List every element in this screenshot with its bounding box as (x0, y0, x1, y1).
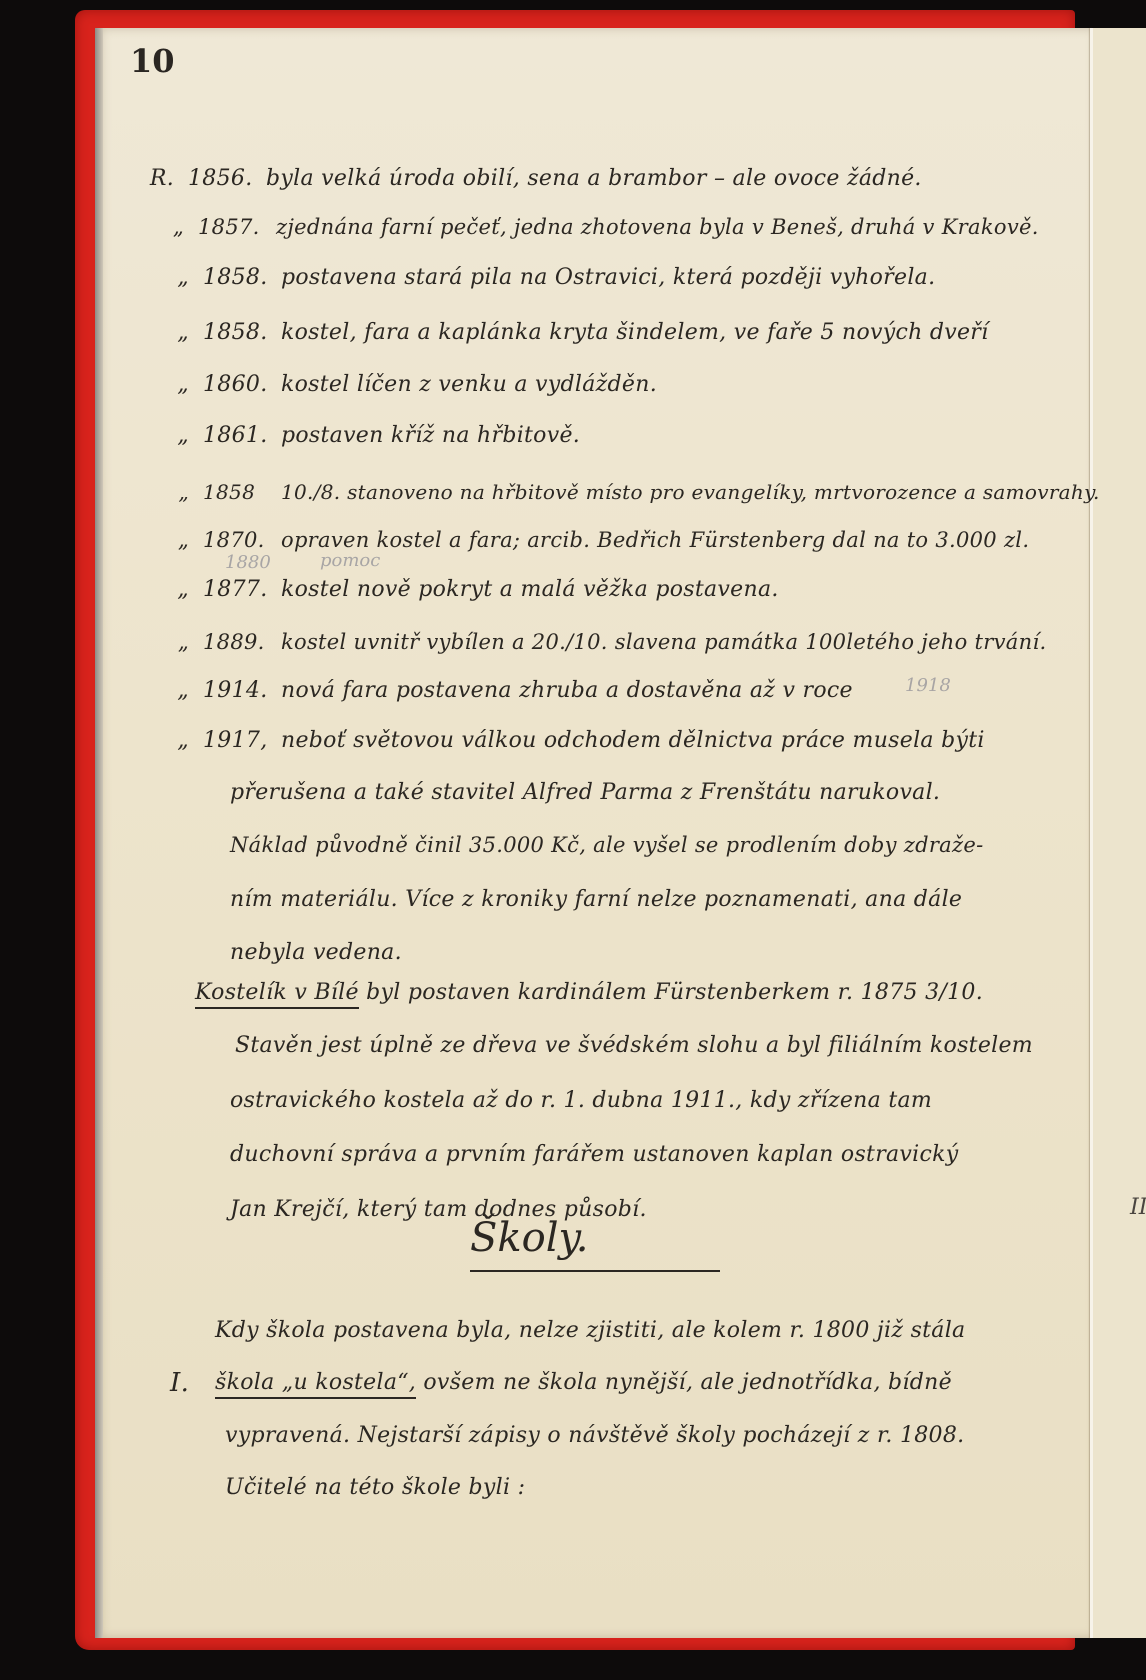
continuation-line: ním materiálu. Více z kroniky farní nelz… (230, 887, 962, 912)
chronicle-entry: „1914.nová fara postavena zhruba a dosta… (155, 678, 853, 703)
pencil-note-pomoc: pomoc (320, 550, 380, 571)
schools-heading-underline (470, 1270, 720, 1272)
continuation-line: nebyla vedena. (230, 940, 402, 965)
chronicle-entry: „1858.postavena stará pila na Ostravici,… (155, 265, 935, 290)
pencil-note-1880: 1880 (225, 552, 271, 573)
school-section-line: škola „u kostela“, ovšem ne škola nynějš… (215, 1370, 952, 1395)
chronicle-entry: „1860.kostel líčen z venku a vydlážděn. (155, 372, 657, 397)
page-number: 10 (130, 42, 175, 80)
chronicle-entry: „1861.postaven kříž na hřbitově. (155, 423, 580, 448)
chronicle-entry: R.1856.byla velká úroda obilí, sena a br… (140, 166, 922, 191)
schools-line: vypravená. Nejstarší zápisy o návštěvě š… (225, 1423, 964, 1448)
chronicle-entry: „1877.kostel nově pokryt a malá věžka po… (155, 577, 779, 602)
schools-intro: Kdy škola postavena byla, nelze zjistiti… (215, 1318, 965, 1343)
continuation-line: přerušena a také stavitel Alfred Parma z… (230, 780, 940, 805)
chronicle-entry: „1889.kostel uvnitř vybílen a 20./10. sl… (155, 630, 1046, 654)
chronicle-entry: „1870.opraven kostel a fara; arcib. Bedř… (155, 528, 1029, 552)
kostelik-line: Stavěn jest úplně ze dřeva ve švédském s… (235, 1033, 1033, 1058)
right-page-section-mark: II (1130, 1195, 1146, 1220)
pencil-note-1918: 1918 (905, 675, 951, 696)
page-stack-edge (95, 28, 103, 1638)
chronicle-entry: „1858.kostel, fara a kaplánka kryta šind… (155, 320, 988, 345)
school-section-title: škola „u kostela“, (215, 1370, 416, 1399)
school-section-number: I. (170, 1368, 189, 1398)
continuation-line: Náklad původně činil 35.000 Kč, ale vyše… (230, 833, 984, 857)
kostelik-paragraph-first-line: Kostelík v Bílé byl postaven kardinálem … (195, 980, 983, 1005)
chronicle-entry: „1917,neboť světovou válkou odchodem děl… (155, 728, 985, 753)
kostelik-line: duchovní správa a prvním farářem ustanov… (230, 1142, 958, 1167)
kostelik-title: Kostelík v Bílé (195, 980, 359, 1009)
right-page (1093, 28, 1146, 1638)
chronicle-entry: „1857.zjednána farní pečeť, jedna zhotov… (150, 215, 1039, 239)
kostelik-line: ostravického kostela až do r. 1. dubna 1… (230, 1088, 932, 1113)
schools-line: Učitelé na této škole byli : (225, 1475, 525, 1500)
schools-heading: Školy. (470, 1215, 589, 1261)
chronicle-entry: „185810./8. stanoveno na hřbitově místo … (155, 480, 1100, 504)
